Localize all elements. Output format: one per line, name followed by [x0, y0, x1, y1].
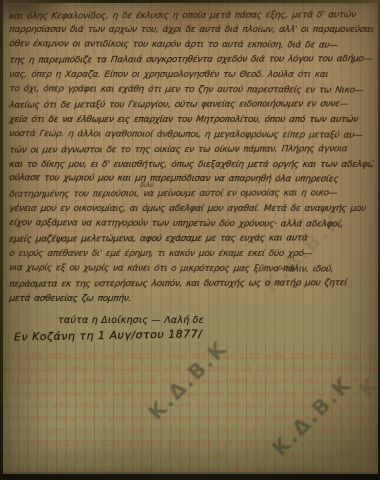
manuscript-line: όθεν έκαμνον οι αντιδίκοις του καιρόν άρ…: [8, 40, 374, 56]
manuscript-line: και όλης Κεφαλονίδος, η δε έκλυσις η οπο…: [8, 10, 374, 26]
photo-edge-left: [0, 0, 3, 480]
manuscript-line: χεία ότι δε να έλθωμεν εις επαρχίαν του …: [8, 115, 374, 129]
manuscript-line: το όχι, όπερ γράφει και εχάθη ότι μεν το…: [8, 84, 374, 100]
manuscript-line: γένεια μου εν οικονομίαις, αι όμως αδελφ…: [8, 204, 374, 218]
photo-edge-top: [0, 0, 380, 3]
manuscript-line: νοστά Γεώρ. η άλλοι αγαθοποιοί άνθρωποι,…: [8, 129, 374, 145]
manuscript-line: λαείως ότι δε μεταξύ του Γεωργίου, ούτω …: [8, 99, 374, 115]
manuscript-line: περάσματα εκ της υστερήσεως λοιπόν, και …: [8, 278, 374, 294]
manuscript-line: τών οι μεν άγνωστοι δε το της οικίας εν …: [8, 144, 374, 160]
manuscript-line: νια χωρίς εξ ου χωρίς να κάνει ότι ο μικ…: [8, 263, 374, 279]
manuscript-line: παρρησίασαν διά των αρχών του, άχρι δε α…: [8, 25, 374, 39]
manuscript-line: της η παρεμπόδιζε τα Παλαιά συγκροτηθέντ…: [8, 54, 374, 70]
closing-line: ταύτα η Διοίκησις — Λαλή δε: [58, 315, 204, 326]
manuscript-line: ούλασε του χωριού μου και μη παρεμπόδισα…: [8, 174, 374, 190]
manuscript-photo: ςτω μλε ανθ ωσες μβω ταις λμε σθαι ωμν π…: [0, 0, 380, 480]
manuscript-line: μετά ασθενείας ζω πομπήν.: [8, 294, 374, 308]
manuscript-line: διατηρημένης του περιούσιοι, να μείνουμε…: [8, 188, 374, 204]
manuscript-line: νας, όπερ η Χαραζα. Είπον οι χρησιμολογη…: [8, 70, 374, 84]
photo-edge-bottom: [0, 474, 380, 480]
interline-note: διλύ: [140, 181, 154, 189]
manuscript-line: και το δίκης μου, ει δ' ευαισθήτως, όπως…: [8, 160, 374, 174]
